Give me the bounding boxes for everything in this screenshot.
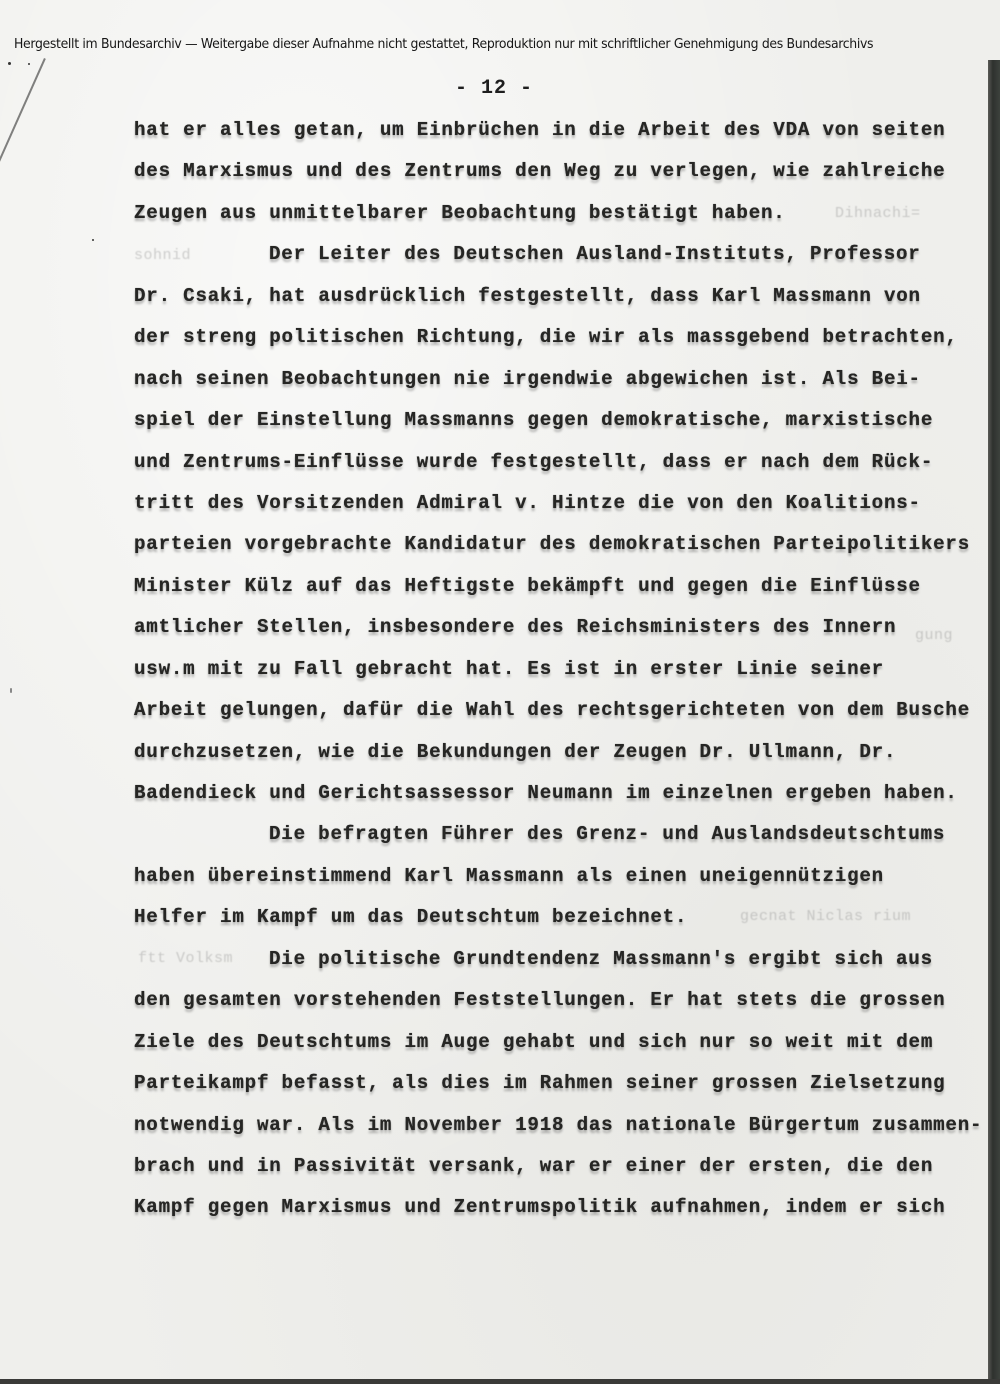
scan-speck bbox=[10, 688, 12, 693]
text-line: Kampf gegen Marxismus und Zentrumspoliti… bbox=[134, 1194, 994, 1235]
page-number: - 12 - bbox=[455, 77, 533, 100]
scanned-document-page: Hergestellt im Bundesarchiv — Weitergabe… bbox=[0, 0, 1000, 1384]
text-line: spiel der Einstellung Massmanns gegen de… bbox=[134, 407, 994, 448]
text-line: usw.m mit zu Fall gebracht hat. Es ist i… bbox=[134, 656, 994, 697]
text-line: Parteikampf befasst, als dies im Rahmen … bbox=[134, 1070, 994, 1111]
scan-edge-shadow-bottom bbox=[0, 1379, 1000, 1384]
text-line: Ziele des Deutschtums im Auge gehabt und… bbox=[134, 1029, 994, 1070]
text-line: notwendig war. Als im November 1918 das … bbox=[134, 1112, 994, 1153]
archive-reproduction-notice: Hergestellt im Bundesarchiv — Weitergabe… bbox=[14, 37, 925, 52]
text-line: Der Leiter des Deutschen Ausland-Institu… bbox=[134, 241, 994, 282]
text-line: den gesamten vorstehenden Feststellungen… bbox=[134, 987, 994, 1028]
typewritten-body: hat er alles getan, um Einbrüchen in die… bbox=[134, 117, 994, 1236]
margin-pen-stroke bbox=[0, 58, 46, 210]
scan-speck bbox=[92, 239, 94, 241]
text-line: hat er alles getan, um Einbrüchen in die… bbox=[134, 117, 994, 158]
text-line: haben übereinstimmend Karl Massmann als … bbox=[134, 863, 994, 904]
text-line: Zeugen aus unmittelbarer Beobachtung bes… bbox=[134, 200, 994, 241]
text-line: Die politische Grundtendenz Massmann's e… bbox=[134, 946, 994, 987]
text-line: durchzusetzen, wie die Bekundungen der Z… bbox=[134, 739, 994, 780]
text-line: amtlicher Stellen, insbesondere des Reic… bbox=[134, 614, 994, 655]
text-line: der streng politischen Richtung, die wir… bbox=[134, 324, 994, 365]
text-line: des Marxismus und des Zentrums den Weg z… bbox=[134, 158, 994, 199]
text-line: Dr. Csaki, hat ausdrücklich festgestellt… bbox=[134, 283, 994, 324]
text-line: nach seinen Beobachtungen nie irgendwie … bbox=[134, 366, 994, 407]
scan-speck bbox=[8, 62, 11, 65]
text-line: Minister Külz auf das Heftigste bekämpft… bbox=[134, 573, 994, 614]
text-line: brach und in Passivität versank, war er … bbox=[134, 1153, 994, 1194]
text-line: parteien vorgebrachte Kandidatur des dem… bbox=[134, 531, 994, 572]
text-line: und Zentrums-Einflüsse wurde festgestell… bbox=[134, 449, 994, 490]
scan-edge-shadow bbox=[988, 60, 1000, 1384]
text-line: tritt des Vorsitzenden Admiral v. Hintze… bbox=[134, 490, 994, 531]
scan-speck bbox=[28, 63, 30, 65]
text-line: Badendieck und Gerichtsassessor Neumann … bbox=[134, 780, 994, 821]
text-line: Die befragten Führer des Grenz- und Ausl… bbox=[134, 821, 994, 862]
text-line: Helfer im Kampf um das Deutschtum bezeic… bbox=[134, 904, 994, 945]
text-line: Arbeit gelungen, dafür die Wahl des rech… bbox=[134, 697, 994, 738]
